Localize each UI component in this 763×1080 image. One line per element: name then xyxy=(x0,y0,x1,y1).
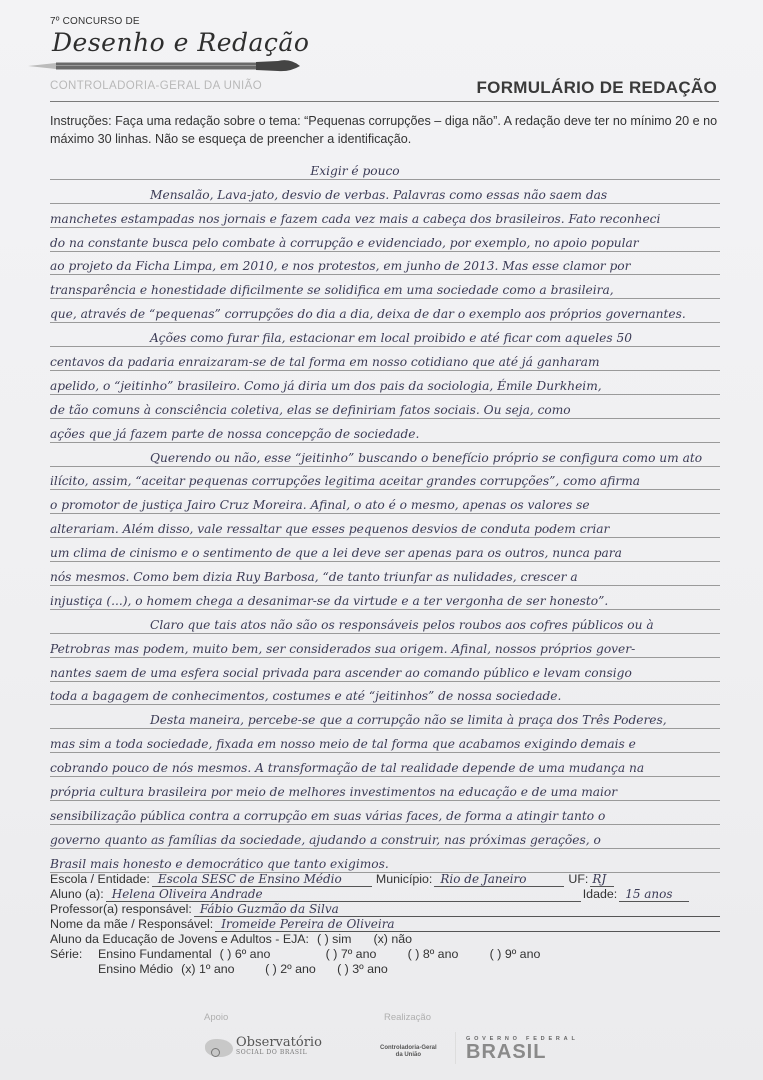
essay-line[interactable]: cobrando pouco de nós mesmos. A transfor… xyxy=(50,753,720,777)
essay-line[interactable]: mas sim a toda sociedade, fixada em noss… xyxy=(50,729,720,753)
form-title: FORMULÁRIO DE REDAÇÃO xyxy=(476,78,717,98)
essay-line[interactable]: do na constante busca pelo combate à cor… xyxy=(50,228,720,252)
essay-line[interactable]: toda a bagagem de conhecimentos, costume… xyxy=(50,682,720,706)
essay-line[interactable]: ao projeto da Ficha Limpa, em 2010, e no… xyxy=(50,252,720,276)
teacher-row: Professor(a) responsável: Fábio Guzmão d… xyxy=(50,902,720,917)
eja-option-nao[interactable]: (x) não xyxy=(373,932,412,947)
essay-line[interactable]: o promotor de justiça Jairo Cruz Moreira… xyxy=(50,490,720,514)
essay-line[interactable]: de tão comuns à consciência coletiva, el… xyxy=(50,395,720,419)
fundamental-option-6[interactable]: ( ) 6º ano xyxy=(220,947,326,962)
teacher-label: Professor(a) responsável: xyxy=(50,902,194,917)
governo-federal-logo: GOVERNO FEDERAL BRASIL xyxy=(466,1036,579,1062)
eja-row: Aluno da Educação de Jovens e Adultos - … xyxy=(50,932,720,947)
mother-row: Nome da mãe / Responsável: Iromeide Pere… xyxy=(50,917,720,932)
essay-line[interactable]: Mensalão, Lava-jato, desvio de verbas. P… xyxy=(50,180,720,204)
mother-field[interactable]: Iromeide Pereira de Oliveira xyxy=(215,917,720,932)
uf-field[interactable]: RJ xyxy=(590,872,614,887)
serie-fundamental-row: Série: Ensino Fundamental ( ) 6º ano ( )… xyxy=(50,947,720,962)
school-label: Escola / Entidade: xyxy=(50,872,152,887)
essay-line[interactable]: Desta maneira, percebe-se que a corrupçã… xyxy=(50,705,720,729)
essay-line[interactable]: apelido, o “jeitinho” brasileiro. Como j… xyxy=(50,371,720,395)
student-label: Aluno (a): xyxy=(50,887,106,902)
essay-line[interactable]: própria cultura brasileira por meio de m… xyxy=(50,777,720,801)
essay-lines: Exigir é pouco Mensalão, Lava-jato, desv… xyxy=(50,156,720,873)
eja-option-sim[interactable]: ( ) sim xyxy=(317,932,351,947)
student-row: Aluno (a): Helena Oliveira Andrade Idade… xyxy=(50,887,720,902)
fundamental-label: Ensino Fundamental xyxy=(98,947,214,962)
fundamental-option-9[interactable]: ( ) 9º ano xyxy=(490,947,541,962)
essay-line[interactable]: Querendo ou não, esse “jeitinho” buscand… xyxy=(50,443,720,467)
mother-label: Nome da mãe / Responsável: xyxy=(50,917,215,932)
observatorio-name: Observatório xyxy=(236,1038,322,1048)
uf-label: UF: xyxy=(564,872,590,887)
essay-line[interactable]: governo quanto as famílias da sociedade,… xyxy=(50,825,720,849)
essay-line[interactable]: sensibilização pública contra a corrupçã… xyxy=(50,801,720,825)
realization-label: Realização xyxy=(384,1012,431,1023)
essay-title[interactable]: Exigir é pouco xyxy=(50,156,720,180)
medio-option-2[interactable]: ( ) 2º ano xyxy=(265,962,337,977)
essay-line[interactable]: Claro que tais atos não são os responsáv… xyxy=(50,610,720,634)
fundamental-option-8[interactable]: ( ) 8º ano xyxy=(408,947,490,962)
essay-line[interactable]: ações que já fazem parte de nossa concep… xyxy=(50,419,720,443)
age-label: Idade: xyxy=(581,887,619,902)
header-divider xyxy=(50,101,719,102)
teacher-field[interactable]: Fábio Guzmão da Silva xyxy=(194,902,720,917)
essay-form-page: 7º CONCURSO DE Desenho e Redação CONTROL… xyxy=(0,0,763,1080)
school-field[interactable]: Escola SESC de Ensino Médio xyxy=(152,872,372,887)
essay-line[interactable]: ilícito, assim, “aceitar pequenas corrup… xyxy=(50,467,720,491)
essay-line[interactable]: injustiça (...), o homem chega a desanim… xyxy=(50,586,720,610)
student-field[interactable]: Helena Oliveira Andrade xyxy=(106,887,581,902)
school-row: Escola / Entidade: Escola SESC de Ensino… xyxy=(50,872,720,887)
support-label: Apoio xyxy=(204,1012,228,1023)
essay-line[interactable]: manchetes estampadas nos jornais e fazem… xyxy=(50,204,720,228)
brazil-map-icon xyxy=(205,1039,233,1057)
essay-line[interactable]: Ações como furar fila, estacionar em loc… xyxy=(50,323,720,347)
essay-line[interactable]: nós mesmos. Como bem dizia Ruy Barbosa, … xyxy=(50,562,720,586)
city-label: Município: xyxy=(372,872,434,887)
paintbrush-pencil-icon xyxy=(28,60,303,72)
essay-line[interactable]: que, através de “pequenas” corrupções do… xyxy=(50,299,720,323)
medio-option-1[interactable]: (x) 1º ano xyxy=(181,962,265,977)
fundamental-option-7[interactable]: ( ) 7º ano xyxy=(326,947,408,962)
essay-line[interactable]: alterariam. Além disso, vale ressaltar q… xyxy=(50,514,720,538)
serie-medio-row: Ensino Médio (x) 1º ano ( ) 2º ano ( ) 3… xyxy=(50,962,720,977)
age-field[interactable]: 15 anos xyxy=(619,887,689,902)
organization-name: CONTROLADORIA-GERAL DA UNIÃO xyxy=(50,80,262,92)
essay-line[interactable]: centavos da padaria enraizaram-se de tal… xyxy=(50,347,720,371)
essay-line[interactable]: um clima de cinismo e o sentimento de qu… xyxy=(50,538,720,562)
essay-line[interactable]: Brasil mais honesto e democrático que ta… xyxy=(50,849,720,873)
instructions-text: Instruções: Faça uma redação sobre o tem… xyxy=(50,112,730,148)
contest-edition: 7º CONCURSO DE xyxy=(50,16,140,27)
essay-line[interactable]: Petrobras mas podem, muito bem, ser cons… xyxy=(50,634,720,658)
footer-divider xyxy=(455,1032,456,1064)
essay-line[interactable]: transparência e honestidade dificilmente… xyxy=(50,275,720,299)
identification-section: Escola / Entidade: Escola SESC de Ensino… xyxy=(50,872,720,977)
essay-line[interactable]: nantes saem de uma esfera social privada… xyxy=(50,658,720,682)
eja-label: Aluno da Educação de Jovens e Adultos - … xyxy=(50,932,311,947)
medio-option-3[interactable]: ( ) 3º ano xyxy=(337,962,388,977)
observatorio-logo: Observatório SOCIAL DO BRASIL xyxy=(205,1038,322,1058)
serie-label: Série: xyxy=(50,947,98,962)
city-field[interactable]: Rio de Janeiro xyxy=(434,872,564,887)
contest-script-title: Desenho e Redação xyxy=(52,28,309,57)
cgu-logo: Controladoria-Geral da União xyxy=(380,1045,437,1059)
medio-label: Ensino Médio xyxy=(98,962,175,977)
